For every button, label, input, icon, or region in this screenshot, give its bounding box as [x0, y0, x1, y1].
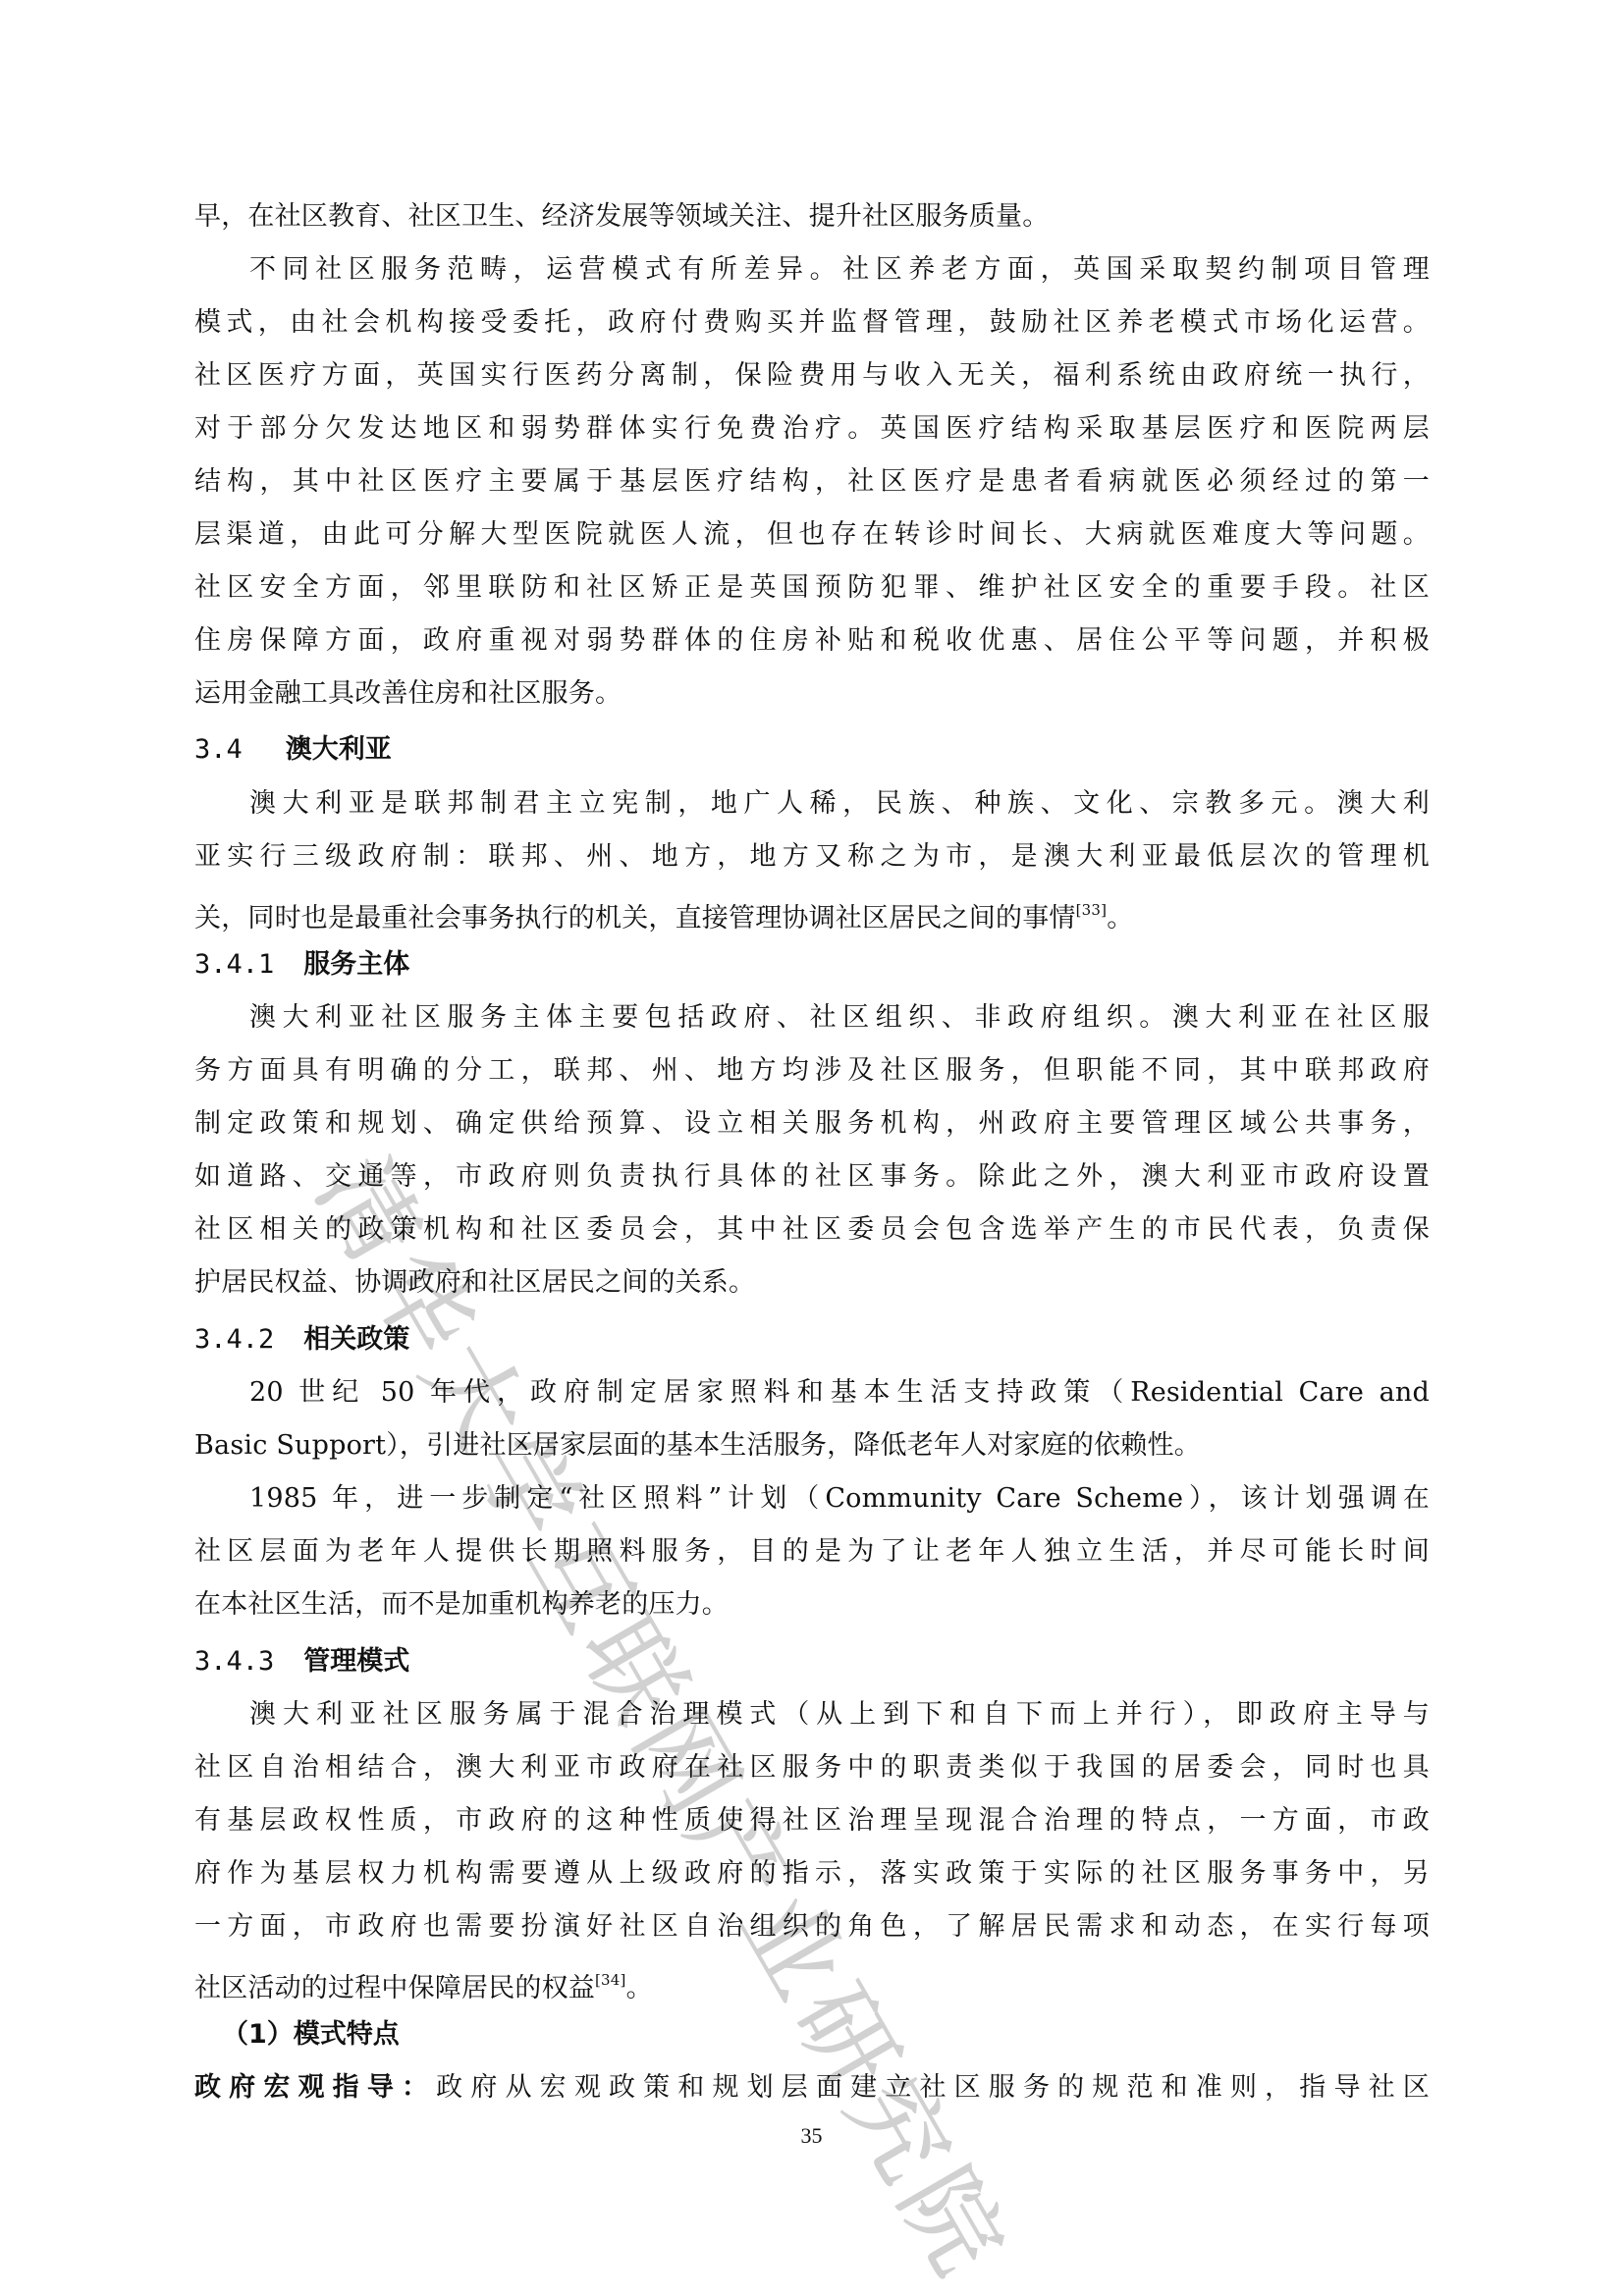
section-number: 3.4: [194, 734, 243, 765]
paragraph-line: Basic Support），引进社区居家层面的基本生活服务，降低老年人对家庭的…: [194, 1429, 1430, 1463]
paragraph-line: 制定政策和规划、确定供给预算、设立相关服务机构，州政府主要管理区域公共事务，: [194, 1107, 1430, 1141]
paragraph-line: 澳大利亚社区服务属于混合治理模式（从上到下和自下而上并行），即政府主导与: [249, 1698, 1430, 1732]
citation-33[interactable]: [33]: [1076, 901, 1108, 919]
paragraph-line: 如道路、交通等，市政府则负责执行具体的社区事务。除此之外，澳大利亚市政府设置: [194, 1160, 1430, 1194]
line-text: 关，同时也是最重社会事务执行的机关，直接管理协调社区居民之间的事情: [194, 903, 1076, 934]
paragraph-line: 护居民权益、协调政府和社区居民之间的关系。: [194, 1266, 1430, 1300]
paragraph-line: 1985 年，进一步制定“社区照料”计划（Community Care Sche…: [249, 1482, 1430, 1516]
document-page: 清华大学互联网产业研究院 早，在社区教育、社区卫生、经济发展等领域关注、提升社区…: [0, 0, 1623, 2296]
citation-34[interactable]: [34]: [595, 1971, 626, 1989]
section-heading-3-4-2: 3.4.2相关政策: [194, 1323, 409, 1357]
section-number: 3.4.1: [194, 949, 274, 980]
paragraph-line: 一方面，市政府也需要扮演好社区自治组织的角色，了解居民需求和动态，在实行每项: [194, 1910, 1430, 1944]
section-title: 服务主体: [303, 949, 409, 980]
paragraph-line: 社区医疗方面，英国实行医药分离制，保险费用与收入无关，福利系统由政府统一执行，: [194, 359, 1430, 393]
line-text: 社区活动的过程中保障居民的权益: [194, 1973, 595, 2003]
paragraph-line: 对于部分欠发达地区和弱势群体实行免费治疗。英国医疗结构采取基层医疗和医院两层: [194, 412, 1430, 446]
paragraph-line: 不同社区服务范畴，运营模式有所差异。社区养老方面，英国采取契约制项目管理: [249, 253, 1430, 287]
paragraph-line: 澳大利亚社区服务主体主要包括政府、社区组织、非政府组织。澳大利亚在社区服: [249, 1001, 1430, 1035]
section-heading-3-4-1: 3.4.1服务主体: [194, 948, 409, 982]
paragraph-line: 模式，由社会机构接受委托，政府付费购买并监督管理，鼓励社区养老模式市场化运营。: [194, 306, 1430, 340]
paragraph-line: 社区安全方面，邻里联防和社区矫正是英国预防犯罪、维护社区安全的重要手段。社区: [194, 571, 1430, 605]
paragraph-line: 层渠道，由此可分解大型医院就医人流，但也存在转诊时间长、大病就医难度大等问题。: [194, 518, 1430, 552]
paragraph-line: 住房保障方面，政府重视对弱势群体的住房补贴和税收优惠、居住公平等问题，并积极: [194, 624, 1430, 658]
page-number: 35: [0, 2123, 1623, 2149]
paragraph-line: 早，在社区教育、社区卫生、经济发展等领域关注、提升社区服务质量。: [194, 200, 1430, 234]
line-text: 政府从宏观政策和规划层面建立社区服务的规范和准则，指导社区: [436, 2072, 1430, 2103]
section-title: 相关政策: [303, 1324, 409, 1355]
section-heading-3-4: 3.4澳大利亚: [194, 733, 392, 767]
section-title: 管理模式: [303, 1646, 409, 1677]
paragraph-line: 社区活动的过程中保障居民的权益[34]。: [194, 1963, 1430, 1997]
paragraph-line: 澳大利亚是联邦制君主立宪制，地广人稀，民族、种族、文化、宗教多元。澳大利: [249, 787, 1430, 821]
section-title: 澳大利亚: [286, 734, 392, 765]
paragraph-line: 务方面具有明确的分工，联邦、州、地方均涉及社区服务，但职能不同，其中联邦政府: [194, 1054, 1430, 1088]
paragraph-government-guidance: 政府宏观指导：政府从宏观政策和规划层面建立社区服务的规范和准则，指导社区: [194, 2071, 1430, 2105]
section-number: 3.4.3: [194, 1646, 274, 1677]
paragraph-line: 关，同时也是最重社会事务执行的机关，直接管理协调社区居民之间的事情[33]。: [194, 893, 1430, 927]
paragraph-line: 在本社区生活，而不是加重机构养老的压力。: [194, 1588, 1430, 1622]
paragraph-line: 结构，其中社区医疗主要属于基层医疗结构，社区医疗是患者看病就医必须经过的第一: [194, 465, 1430, 499]
paragraph-line: 府作为基层权力机构需要遵从上级政府的指示，落实政策于实际的社区服务事务中，另: [194, 1857, 1430, 1891]
subheading-model-features: （1）模式特点: [222, 2018, 400, 2052]
run-in-label: 政府宏观指导：: [194, 2072, 436, 2103]
paragraph-line: 社区层面为老年人提供长期照料服务，目的是为了让老年人独立生活，并尽可能长时间: [194, 1535, 1430, 1569]
paragraph-line: 社区自治相结合，澳大利亚市政府在社区服务中的职责类似于我国的居委会，同时也具: [194, 1751, 1430, 1785]
paragraph-line: 运用金融工具改善住房和社区服务。: [194, 677, 1430, 711]
paragraph-line: 亚实行三级政府制：联邦、州、地方，地方又称之为市，是澳大利亚最低层次的管理机: [194, 840, 1430, 874]
paragraph-line: 20 世纪 50 年代，政府制定居家照料和基本生活支持政策（Residentia…: [249, 1376, 1430, 1410]
line-end: 。: [626, 1973, 653, 2003]
line-end: 。: [1107, 903, 1133, 934]
paragraph-line: 社区相关的政策机构和社区委员会，其中社区委员会包含选举产生的市民代表，负责保: [194, 1213, 1430, 1247]
section-heading-3-4-3: 3.4.3管理模式: [194, 1645, 409, 1679]
paragraph-line: 有基层政权性质，市政府的这种性质使得社区治理呈现混合治理的特点，一方面，市政: [194, 1804, 1430, 1838]
section-number: 3.4.2: [194, 1324, 274, 1355]
